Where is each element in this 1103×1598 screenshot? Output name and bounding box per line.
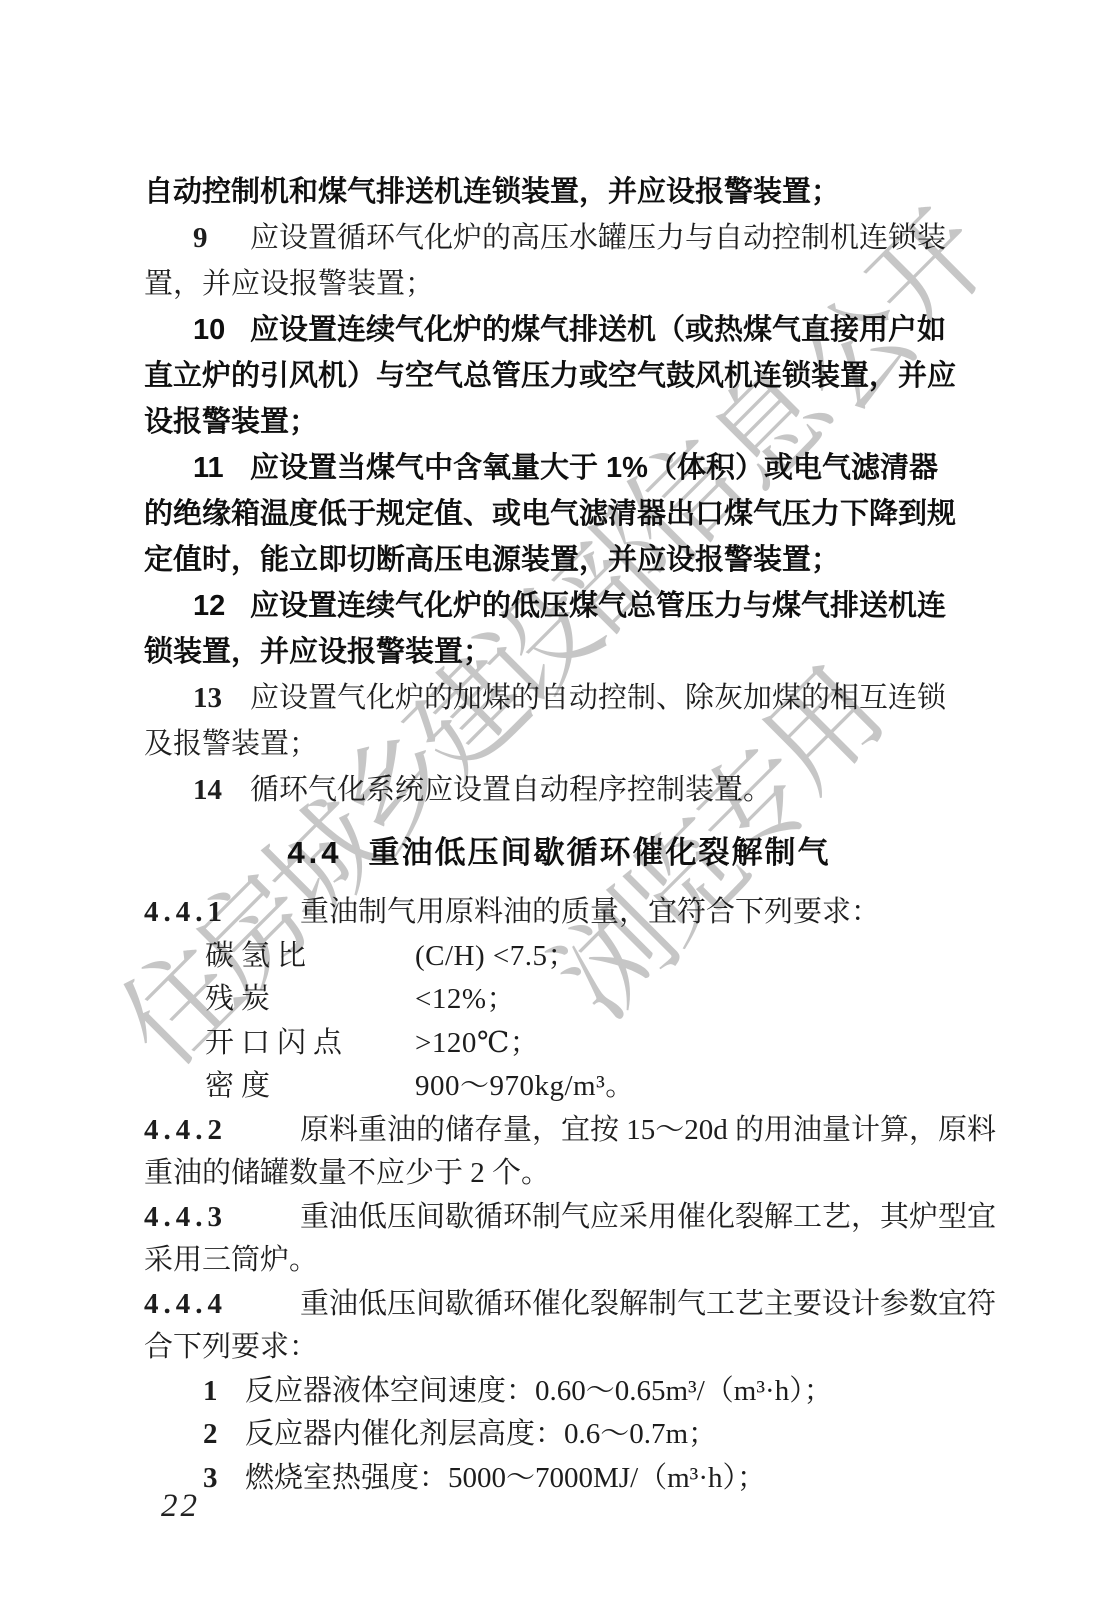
text-line: 残炭<12%； bbox=[144, 978, 974, 1022]
text-line: 2反应器内催化剂层高度：0.6～0.7m； bbox=[144, 1413, 974, 1457]
text-line: 重油的储罐数量不应少于 2 个。 bbox=[144, 1152, 974, 1196]
line-text: 采用三筒炉。 bbox=[144, 1244, 318, 1276]
property-value: >120℃； bbox=[415, 1027, 539, 1059]
property-label: 密度 bbox=[205, 1065, 415, 1109]
clauses-block-bottom: 4.4.1重油制气用原料油的质量，宜符合下列要求：碳氢比(C/H) <7.5；残… bbox=[144, 891, 974, 1500]
text-line: 11应设置当煤气中含氧量大于 1%（体积）或电气滤清器 bbox=[144, 445, 974, 491]
line-text: 燃烧室热强度：5000～7000MJ/（m³·h）； bbox=[245, 1462, 766, 1494]
section-heading-number: 4.4 bbox=[287, 835, 342, 870]
line-text: 重油低压间歇循环催化裂解制气工艺主要设计参数宜符 bbox=[300, 1288, 996, 1320]
line-text: 及报警装置； bbox=[144, 728, 318, 760]
text-line: 1反应器液体空间速度：0.60～0.65m³/（m³·h）； bbox=[144, 1370, 974, 1414]
document-page: 住房城乡建设部信息公开浏览专用 自动控制机和煤气排送机连锁装置，并应设报警装置；… bbox=[0, 0, 1103, 1598]
item-number: 13 bbox=[193, 675, 250, 721]
section-heading: 4.4重油低压间歇循环催化裂解制气 bbox=[144, 830, 974, 876]
line-text: 合下列要求： bbox=[144, 1331, 318, 1363]
text-line: 9应设置循环气化炉的高压水罐压力与自动控制机连锁装 bbox=[144, 215, 974, 261]
text-line: 13应设置气化炉的加煤的自动控制、除灰加煤的相互连锁 bbox=[144, 675, 974, 721]
line-text: 原料重油的储存量，宜按 15～20d 的用油量计算，原料 bbox=[300, 1114, 996, 1146]
text-line: 10应设置连续气化炉的煤气排送机（或热煤气直接用户如 bbox=[144, 307, 974, 353]
list-number: 3 bbox=[203, 1457, 245, 1501]
line-text: 重油制气用原料油的质量，宜符合下列要求： bbox=[300, 896, 880, 928]
clause-number: 4.4.1 bbox=[144, 891, 300, 935]
text-line: 及报警装置； bbox=[144, 721, 974, 767]
text-line: 直立炉的引风机）与空气总管压力或空气鼓风机连锁装置，并应 bbox=[144, 353, 974, 399]
text-line: 定值时，能立即切断高压电源装置，并应设报警装置； bbox=[144, 537, 974, 583]
line-text: 锁装置，并应设报警装置； bbox=[144, 636, 492, 668]
clauses-block-top: 自动控制机和煤气排送机连锁装置，并应设报警装置；9应设置循环气化炉的高压水罐压力… bbox=[144, 169, 974, 813]
line-text: 应设置当煤气中含氧量大于 1%（体积）或电气滤清器 bbox=[250, 452, 938, 484]
line-text: 应设置气化炉的加煤的自动控制、除灰加煤的相互连锁 bbox=[250, 682, 946, 714]
item-number: 10 bbox=[193, 307, 250, 353]
property-value: <12%； bbox=[415, 983, 516, 1015]
item-number: 14 bbox=[193, 767, 250, 813]
line-text: 应设置连续气化炉的低压煤气总管压力与煤气排送机连 bbox=[250, 590, 946, 622]
text-line: 合下列要求： bbox=[144, 1326, 974, 1370]
text-line: 开口闪点>120℃； bbox=[144, 1022, 974, 1066]
item-number: 11 bbox=[193, 445, 250, 491]
clause-number: 4.4.2 bbox=[144, 1109, 300, 1153]
document-content: 自动控制机和煤气排送机连锁装置，并应设报警装置；9应设置循环气化炉的高压水罐压力… bbox=[144, 169, 974, 1500]
text-line: 12应设置连续气化炉的低压煤气总管压力与煤气排送机连 bbox=[144, 583, 974, 629]
item-number: 9 bbox=[193, 215, 250, 261]
property-label: 开口闪点 bbox=[205, 1022, 415, 1066]
line-text: 设报警装置； bbox=[144, 406, 318, 438]
text-line: 14循环气化系统应设置自动程序控制装置。 bbox=[144, 767, 974, 813]
clause-number: 4.4.4 bbox=[144, 1283, 300, 1327]
property-label: 残炭 bbox=[205, 978, 415, 1022]
text-line: 锁装置，并应设报警装置； bbox=[144, 629, 974, 675]
text-line: 密度900～970kg/m³。 bbox=[144, 1065, 974, 1109]
text-line: 置，并应设报警装置； bbox=[144, 261, 974, 307]
text-line: 4.4.2原料重油的储存量，宜按 15～20d 的用油量计算，原料 bbox=[144, 1109, 974, 1153]
line-text: 重油低压间歇循环制气应采用催化裂解工艺，其炉型宜 bbox=[300, 1201, 996, 1233]
text-line: 4.4.1重油制气用原料油的质量，宜符合下列要求： bbox=[144, 891, 974, 935]
line-text: 定值时，能立即切断高压电源装置，并应设报警装置； bbox=[144, 544, 840, 576]
page-number: 22 bbox=[161, 1488, 200, 1525]
line-text: 应设置连续气化炉的煤气排送机（或热煤气直接用户如 bbox=[250, 314, 946, 346]
list-number: 2 bbox=[203, 1413, 245, 1457]
list-number: 1 bbox=[203, 1370, 245, 1414]
text-line: 的绝缘箱温度低于规定值、或电气滤清器出口煤气压力下降到规 bbox=[144, 491, 974, 537]
text-line: 采用三筒炉。 bbox=[144, 1239, 974, 1283]
line-text: 循环气化系统应设置自动程序控制装置。 bbox=[250, 774, 772, 806]
line-text: 反应器内催化剂层高度：0.6～0.7m； bbox=[245, 1418, 717, 1450]
text-line: 自动控制机和煤气排送机连锁装置，并应设报警装置； bbox=[144, 169, 974, 215]
item-number: 12 bbox=[193, 583, 250, 629]
line-text: 置，并应设报警装置； bbox=[144, 268, 434, 300]
property-value: (C/H) <7.5； bbox=[415, 940, 577, 972]
text-line: 设报警装置； bbox=[144, 399, 974, 445]
line-text: 反应器液体空间速度：0.60～0.65m³/（m³·h）； bbox=[245, 1375, 833, 1407]
text-line: 4.4.3重油低压间歇循环制气应采用催化裂解工艺，其炉型宜 bbox=[144, 1196, 974, 1240]
section-heading-title: 重油低压间歇循环催化裂解制气 bbox=[369, 835, 831, 870]
property-value: 900～970kg/m³。 bbox=[415, 1070, 635, 1102]
text-line: 4.4.4重油低压间歇循环催化裂解制气工艺主要设计参数宜符 bbox=[144, 1283, 974, 1327]
line-text: 直立炉的引风机）与空气总管压力或空气鼓风机连锁装置，并应 bbox=[144, 360, 956, 392]
property-label: 碳氢比 bbox=[205, 935, 415, 979]
clause-number: 4.4.3 bbox=[144, 1196, 300, 1240]
line-text: 应设置循环气化炉的高压水罐压力与自动控制机连锁装 bbox=[250, 222, 946, 254]
line-text: 自动控制机和煤气排送机连锁装置，并应设报警装置； bbox=[144, 176, 840, 208]
text-line: 3燃烧室热强度：5000～7000MJ/（m³·h）； bbox=[144, 1457, 974, 1501]
text-line: 碳氢比(C/H) <7.5； bbox=[144, 935, 974, 979]
line-text: 重油的储罐数量不应少于 2 个。 bbox=[144, 1157, 550, 1189]
line-text: 的绝缘箱温度低于规定值、或电气滤清器出口煤气压力下降到规 bbox=[144, 498, 956, 530]
